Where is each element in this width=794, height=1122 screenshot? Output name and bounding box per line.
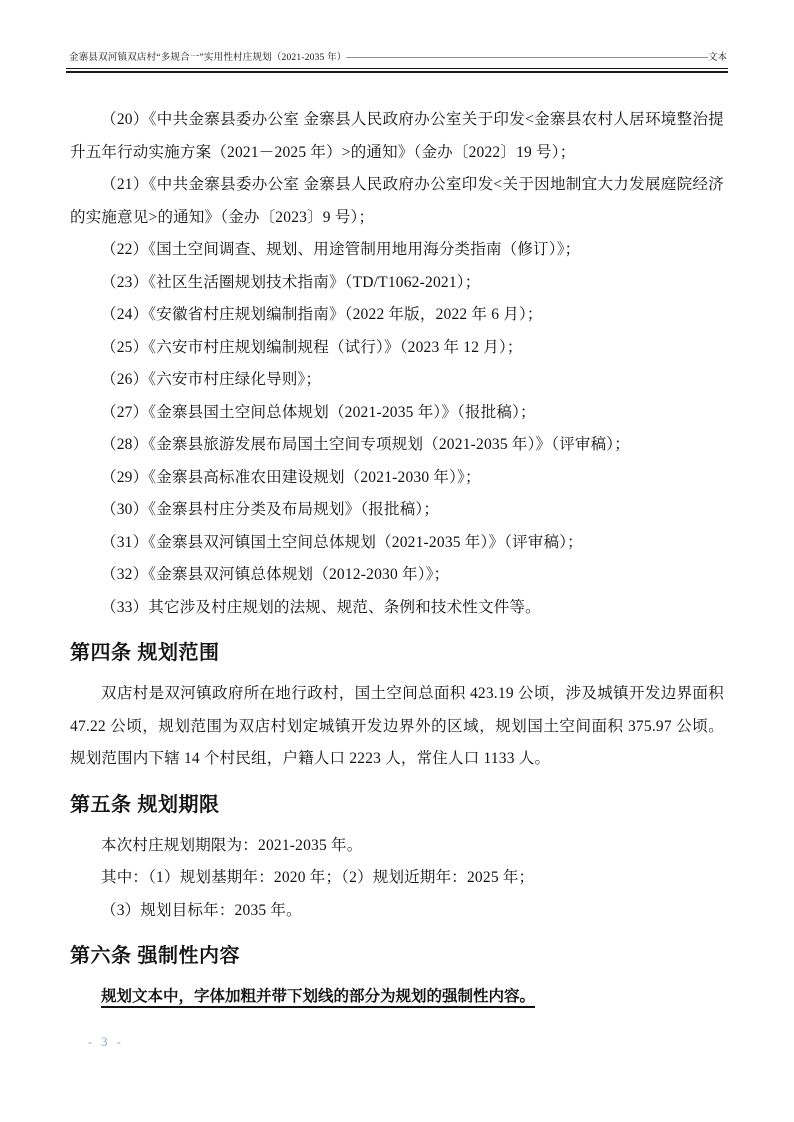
reference-item: （21）《中共金寨县委办公室 金寨县人民政府办公室印发<关于因地制宜大力发展庭院…: [70, 169, 724, 234]
document-body: （20）《中共金寨县委办公室 金寨县人民政府办公室关于印发<金寨县农村人居环境整…: [70, 104, 724, 1014]
mandatory-underlined-text: 规划文本中，字体加粗并带下划线的部分为规划的强制性内容。: [101, 988, 535, 1005]
reference-item: （33）其它涉及村庄规划的法规、规范、条例和技术性文件等。: [70, 592, 724, 625]
page-number: - 3 -: [88, 1034, 124, 1050]
reference-item: （30）《金寨县村庄分类及布局规划》（报批稿）；: [70, 494, 724, 527]
header-line: 金寨县双河镇双店村“多规合一”实用性村庄规划（2021-2035 年） ————…: [66, 52, 728, 69]
page-header: 金寨县双河镇双店村“多规合一”实用性村庄规划（2021-2035 年） ————…: [66, 52, 728, 73]
reference-item: （29）《金寨县高标准农田建设规划（2021-2030 年）》；: [70, 462, 724, 495]
article-5-line: 其中：（1）规划基期年：2020 年；（2）规划近期年：2025 年；: [70, 862, 724, 895]
section-heading-article-5: 第五条 规划期限: [70, 791, 724, 819]
reference-item: （26）《六安市村庄绿化导则》；: [70, 364, 724, 397]
section-heading-article-4: 第四条 规划范围: [70, 639, 724, 667]
reference-item: （25）《六安市村庄规划编制规程（试行）》（2023 年 12 月）；: [70, 332, 724, 365]
article-4-paragraph: 双店村是双河镇政府所在地行政村，国土空间总面积 423.19 公顷，涉及城镇开发…: [70, 678, 724, 776]
reference-item: （20）《中共金寨县委办公室 金寨县人民政府办公室关于印发<金寨县农村人居环境整…: [70, 104, 724, 169]
header-dash-leader: ————————————————————————————————————————: [346, 52, 708, 65]
reference-item: （31）《金寨县双河镇国土空间总体规划（2021-2035 年）》（评审稿）；: [70, 527, 724, 560]
reference-item: （32）《金寨县双河镇总体规划（2012-2030 年）》；: [70, 559, 724, 592]
article-5-line: 本次村庄规划期限为：2021-2035 年。: [70, 830, 724, 863]
header-doc-type-label: 文本: [708, 52, 727, 65]
section-heading-article-6: 第六条 强制性内容: [70, 942, 724, 970]
article-6-mandatory-statement: 规划文本中，字体加粗并带下划线的部分为规划的强制性内容。: [70, 981, 724, 1014]
reference-item: （23）《社区生活圈规划技术指南》（TD/T1062-2021）；: [70, 267, 724, 300]
reference-item: （24）《安徽省村庄规划编制指南》（2022 年版，2022 年 6 月）；: [70, 299, 724, 332]
header-title: 金寨县双河镇双店村“多规合一”实用性村庄规划（2021-2035 年）: [69, 52, 346, 65]
header-rule: [66, 71, 728, 73]
document-page: 金寨县双河镇双店村“多规合一”实用性村庄规划（2021-2035 年） ————…: [0, 0, 794, 1122]
reference-item: （27）《金寨县国土空间总体规划（2021-2035 年）》（报批稿）；: [70, 397, 724, 430]
reference-item: （28）《金寨县旅游发展布局国土空间专项规划（2021-2035 年）》（评审稿…: [70, 429, 724, 462]
article-5-line: （3）规划目标年：2035 年。: [70, 895, 724, 928]
reference-item: （22）《国土空间调查、规划、用途管制用地用海分类指南（修订）》；: [70, 234, 724, 267]
